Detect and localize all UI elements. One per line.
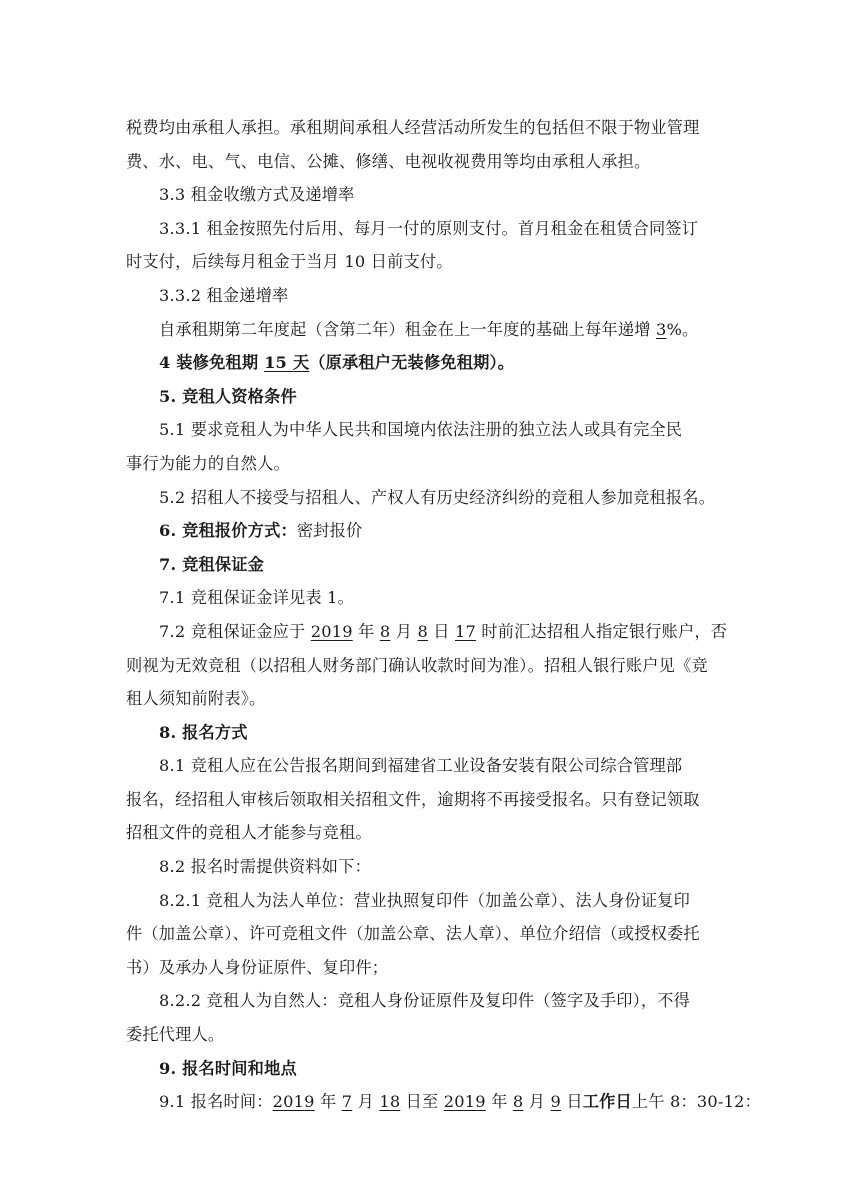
text-segment: 7.2 竞租保证金应于 — [159, 622, 311, 641]
text-line: 5.1 要求竞租人为中华人民共和国境内依法注册的独立法人或具有完全民 — [126, 413, 730, 447]
document-body: 税费均由承租人承担。承租期间承租人经营活动所发生的包括但不限于物业管理 费、水、… — [126, 111, 730, 1119]
paragraph-7-1: 7.1 竞租保证金详见表 1。 — [126, 581, 730, 615]
heading-label: 6. 竞租报价方式： — [159, 521, 297, 540]
text-line: 书）及承办人身份证原件、复印件； — [126, 951, 730, 985]
text-line: 委托代理人。 — [126, 1018, 730, 1052]
paragraph-8-2: 8.2 报名时需提供资料如下： — [126, 850, 730, 884]
paragraph-3-3-2: 自承租期第二年度起（含第二年）租金在上一年度的基础上每年递增 3%。 — [126, 313, 730, 347]
paragraph-5-1: 5.1 要求竞租人为中华人民共和国境内依法注册的独立法人或具有完全民 事行为能力… — [126, 413, 730, 480]
deadline-year: 2019 — [311, 622, 353, 641]
text-line: 报名，经招租人审核后领取相关招租文件，逾期将不再接受报名。只有登记领取 — [126, 783, 730, 817]
heading-value: 密封报价 — [297, 521, 363, 540]
heading-8: 8. 报名方式 — [126, 716, 730, 750]
document-page: 税费均由承租人承担。承租期间承租人经营活动所发生的包括但不限于物业管理 费、水、… — [0, 0, 849, 1200]
start-year: 2019 — [273, 1092, 315, 1111]
text-segment: 月 — [523, 1092, 550, 1111]
text-line: 税费均由承租人承担。承租期间承租人经营活动所发生的包括但不限于物业管理 — [126, 111, 730, 145]
text-line: 招租文件的竞租人才能参与竞租。 — [126, 816, 730, 850]
text-segment: 日 — [561, 1092, 583, 1111]
end-day: 9 — [550, 1092, 561, 1111]
text-line: 费、水、电、气、电信、公摊、修缮、电视收视费用等均由承租人承担。 — [126, 145, 730, 179]
free-rent-days: 15 天 — [264, 353, 309, 372]
text-segment: 4 装修免租期 — [159, 353, 264, 372]
text-line: 件（加盖公章）、许可竞租文件（加盖公章、法人章）、单位介绍信（或授权委托 — [126, 917, 730, 951]
rate-value: 3 — [656, 320, 667, 339]
heading-7: 7. 竞租保证金 — [126, 548, 730, 582]
heading-3-3: 3.3 租金收缴方式及递增率 — [126, 178, 730, 212]
text-segment: 自承租期第二年度起（含第二年）租金在上一年度的基础上每年递增 — [159, 320, 656, 339]
paragraph-8-2-1: 8.2.1 竞租人为法人单位：营业执照复印件（加盖公章）、法人身份证复印 件（加… — [126, 884, 730, 985]
text-line: 事行为能力的自然人。 — [126, 447, 730, 481]
text-line: 8.1 竞租人应在公告报名期间到福建省工业设备安装有限公司综合管理部 — [126, 749, 730, 783]
text-segment: 年 — [315, 1092, 342, 1111]
paragraph-3-3-1: 3.3.1 租金按照先付后用、每月一付的原则支付。首月租金在租赁合同签订 时支付… — [126, 212, 730, 279]
paragraph-7-2: 7.2 竞租保证金应于 2019 年 8 月 8 日 17 时前汇达招租人指定银… — [126, 615, 730, 716]
text-segment: （原承租户无装修免租期）。 — [309, 353, 514, 372]
text-line: 则视为无效竞租（以招租人财务部门确认收款时间为准）。招租人银行账户见《竞 — [126, 649, 730, 683]
end-year: 2019 — [444, 1092, 486, 1111]
heading-5: 5. 竞租人资格条件 — [126, 380, 730, 414]
text-segment: %。 — [666, 320, 698, 339]
start-month: 7 — [342, 1092, 353, 1111]
heading-4: 4 装修免租期 15 天（原承租户无装修免租期）。 — [126, 346, 730, 380]
text-line: 8.2.1 竞租人为法人单位：营业执照复印件（加盖公章）、法人身份证复印 — [126, 884, 730, 918]
text-segment: 年 — [486, 1092, 513, 1111]
text-line: 8.2.2 竞租人为自然人：竞租人身份证原件及复印件（签字及手印），不得 — [126, 984, 730, 1018]
heading-3-3-2: 3.3.2 租金递增率 — [126, 279, 730, 313]
text-line: 时支付，后续每月租金于当月 10 日前支付。 — [126, 245, 730, 279]
workday-label: 工作日 — [583, 1092, 632, 1111]
text-segment: 日至 — [400, 1092, 443, 1111]
text-line: 7.2 竞租保证金应于 2019 年 8 月 8 日 17 时前汇达招租人指定银… — [126, 615, 730, 649]
paragraph-9-1: 9.1 报名时间：2019 年 7 月 18 日至 2019 年 8 月 9 日… — [126, 1085, 730, 1119]
text-line: 3.3.1 租金按照先付后用、每月一付的原则支付。首月租金在租赁合同签订 — [126, 212, 730, 246]
paragraph-8-1: 8.1 竞租人应在公告报名期间到福建省工业设备安装有限公司综合管理部 报名，经招… — [126, 749, 730, 850]
text-segment: 9.1 报名时间： — [159, 1092, 273, 1111]
text-line: 租人须知前附表》。 — [126, 682, 730, 716]
text-segment: 日 — [428, 622, 455, 641]
text-segment: 年 — [353, 622, 380, 641]
text-segment: 月 — [352, 1092, 379, 1111]
deadline-day: 8 — [417, 622, 428, 641]
deadline-month: 8 — [380, 622, 391, 641]
end-month: 8 — [513, 1092, 524, 1111]
heading-9: 9. 报名时间和地点 — [126, 1052, 730, 1086]
paragraph-8-2-2: 8.2.2 竞租人为自然人：竞租人身份证原件及复印件（签字及手印），不得 委托代… — [126, 984, 730, 1051]
heading-6: 6. 竞租报价方式：密封报价 — [126, 514, 730, 548]
paragraph-tax-continued: 税费均由承租人承担。承租期间承租人经营活动所发生的包括但不限于物业管理 费、水、… — [126, 111, 730, 178]
text-segment: 月 — [390, 622, 417, 641]
start-day: 18 — [379, 1092, 400, 1111]
text-segment: 时前汇达招租人指定银行账户，否 — [476, 622, 727, 641]
text-segment: 上午 8：30-12： — [632, 1092, 761, 1111]
deadline-hour: 17 — [455, 622, 476, 641]
paragraph-5-2: 5.2 招租人不接受与招租人、产权人有历史经济纠纷的竞租人参加竞租报名。 — [126, 481, 730, 515]
